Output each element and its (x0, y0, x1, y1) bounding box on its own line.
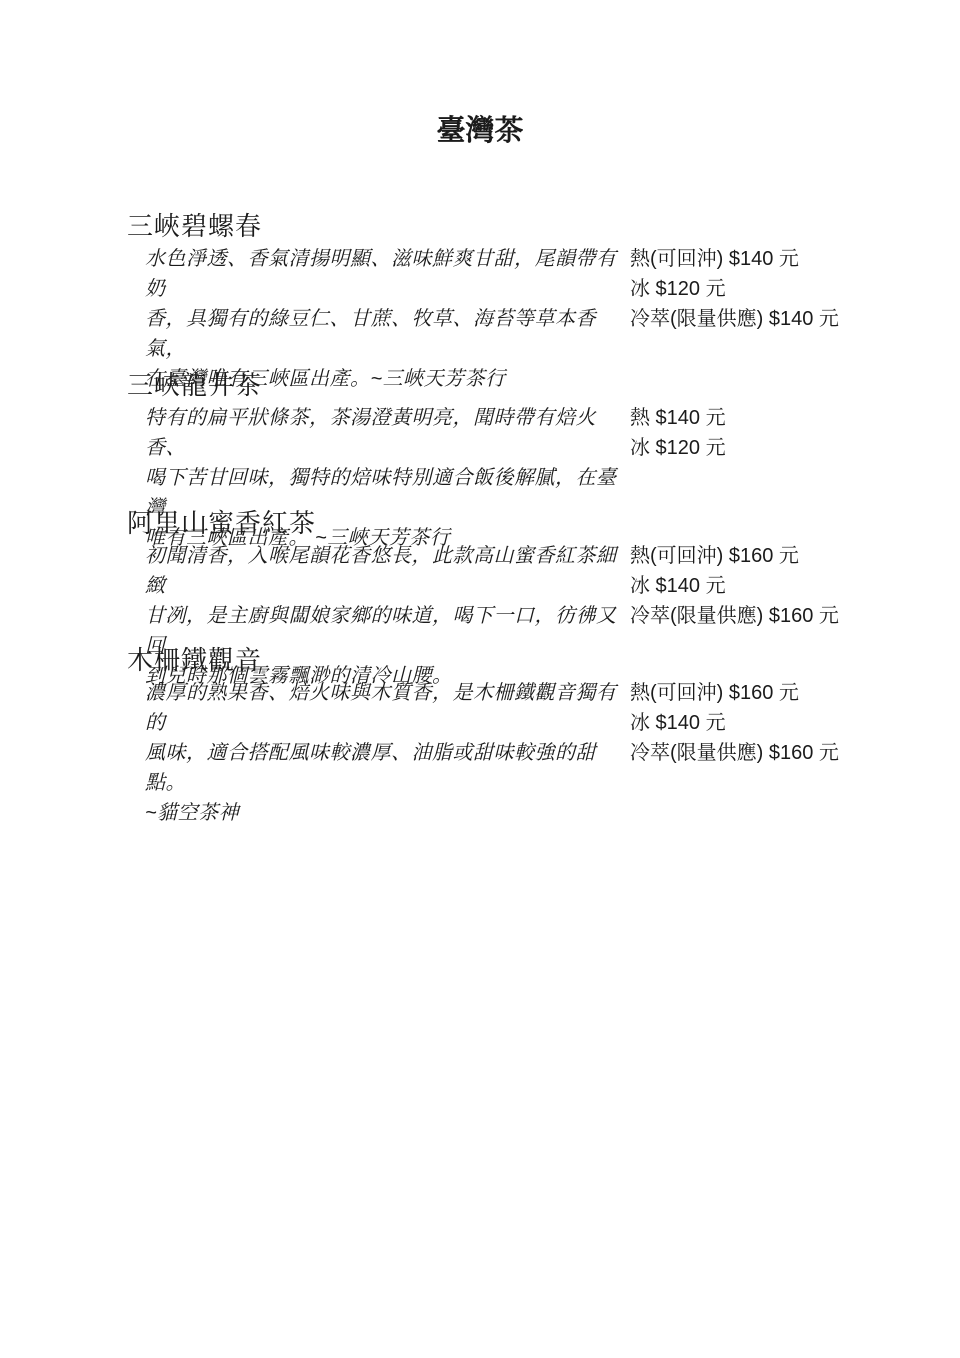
item-name: 三峽龍井茶 (127, 367, 860, 403)
price-line-coldbrew: 冷萃(限量供應) $160 元 (630, 738, 839, 768)
price-line-iced: 冰 $140 元 (630, 571, 839, 601)
item-name: 阿里山蜜香紅茶 (127, 505, 860, 541)
item-name: 木柵鐵觀音 (127, 642, 860, 678)
item-prices: 熱 $140 元 冰 $120 元 (630, 403, 726, 463)
item-prices: 熱(可回沖) $160 元 冰 $140 元 冷萃(限量供應) $160 元 (630, 541, 839, 631)
item-name: 三峽碧螺春 (127, 208, 860, 244)
menu-page: 臺灣茶 三峽碧螺春 水色淨透、香氣清揚明顯、滋味鮮爽甘甜，尾韻帶有奶 香，具獨有… (0, 0, 960, 1358)
price-line-hot: 熱(可回沖) $160 元 (630, 541, 839, 571)
item-prices: 熱(可回沖) $140 元 冰 $120 元 冷萃(限量供應) $140 元 (630, 244, 839, 334)
price-line-iced: 冰 $120 元 (630, 274, 839, 304)
menu-item-muzha-tieguanyin: 木柵鐵觀音 濃厚的熟果香、焙火味與木質香，是木柵鐵觀音獨有的 風味，適合搭配風味… (127, 642, 860, 828)
page-title: 臺灣茶 (0, 111, 960, 151)
price-line-hot: 熱 $140 元 (630, 403, 726, 433)
item-prices: 熱(可回沖) $160 元 冰 $140 元 冷萃(限量供應) $160 元 (630, 678, 839, 768)
price-line-iced: 冰 $120 元 (630, 433, 726, 463)
price-line-coldbrew: 冷萃(限量供應) $160 元 (630, 601, 839, 631)
price-line-hot: 熱(可回沖) $140 元 (630, 244, 839, 274)
price-line-coldbrew: 冷萃(限量供應) $140 元 (630, 304, 839, 334)
item-description: 濃厚的熟果香、焙火味與木質香，是木柵鐵觀音獨有的 風味，適合搭配風味較濃厚、油脂… (145, 678, 623, 828)
price-line-hot: 熱(可回沖) $160 元 (630, 678, 839, 708)
price-line-iced: 冰 $140 元 (630, 708, 839, 738)
